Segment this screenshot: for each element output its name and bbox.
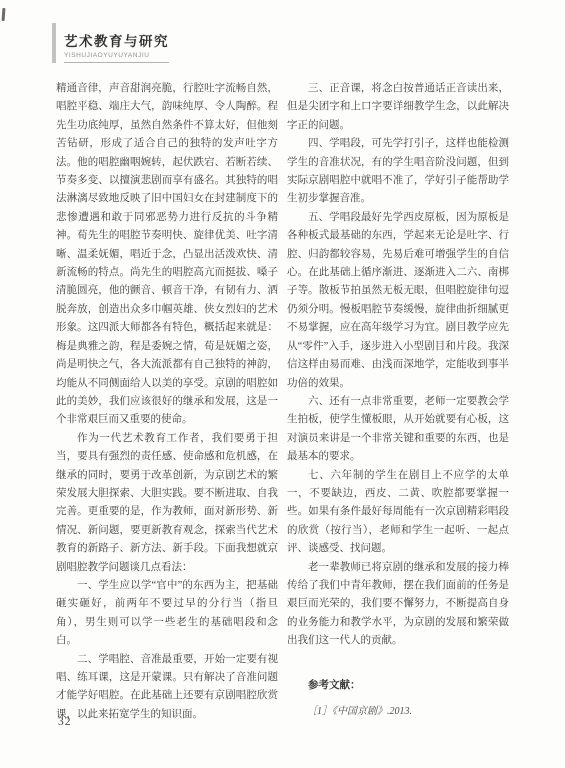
page-number: 32 [58, 716, 72, 728]
masthead-text: 艺术教育与研究 YISHUJIAOYUYUYANJIU [64, 22, 169, 63]
paragraph-point-2: 二、学唱腔、音准最重要，开始一定要有视唱、练耳课，这是开蒙课。只有解决了音准问题… [56, 651, 278, 725]
journal-masthead: 艺术教育与研究 YISHUJIAOYUYUYANJIU [52, 22, 169, 63]
paragraph-point-7: 七、六年制的学生在剧目上不应学的太单一，不要缺边，西皮、二黄、吹腔都要掌握一些。… [287, 467, 509, 559]
paragraph-educator-duty: 作为一代艺术教育工作者，我们要勇于担当，要具有强烈的责任感、使命感和危机感，在继… [56, 430, 278, 577]
reference-item: ［1］《中国京剧》.2013. [287, 703, 509, 721]
journal-page: 艺术教育与研究 YISHUJIAOYUYUYANJIU 精通音律，声音甜润亮脆，… [0, 0, 565, 768]
scan-artifact [2, 8, 6, 21]
paragraph-point-3: 三、正音课，将念白按普通话正音读出来，但是尖团字和上口字要详细教学生念，以此解决… [287, 80, 509, 135]
column-right: 三、正音课，将念白按普通话正音读出来，但是尖团字和上口字要详细教学生念，以此解决… [287, 80, 509, 724]
article-body: 精通音律，声音甜润亮脆，行腔吐字流畅自然，唱腔平稳、端庄大气，韵味纯厚、令人陶醉… [56, 80, 509, 724]
masthead-accent-bar [52, 23, 56, 63]
paragraph-point-6: 六、还有一点非常重要，老师一定要教会学生拍板，使学生懂板眼，从开始就要有心板，这… [287, 393, 509, 467]
paragraph-conclusion: 老一辈教师已将京剧的继承和发展的接力棒传给了我们中青年教师，摆在我们面前的任务是… [287, 559, 509, 651]
references-section: 参考文献： ［1］《中国京剧》.2013. [287, 677, 509, 722]
paragraph-intro-continuation: 精通音律，声音甜润亮脆，行腔吐字流畅自然，唱腔平稳、端庄大气，韵味纯厚、令人陶醉… [56, 80, 278, 430]
paragraph-point-5: 五、学唱段最好先学西皮原板，因为原板是各种板式最基础的东西，学起来无论是吐字、行… [287, 209, 509, 393]
references-heading: 参考文献： [287, 677, 509, 695]
paragraph-point-1: 一、学生应以学“官中”的东西为主，把基础砸实砸好，前两年不要过早的分行当（指旦角… [56, 577, 278, 651]
column-left: 精通音律，声音甜润亮脆，行腔吐字流畅自然，唱腔平稳、端庄大气，韵味纯厚、令人陶醉… [56, 80, 278, 724]
journal-title-pinyin: YISHUJIAOYUYUYANJIU [64, 51, 169, 63]
paragraph-point-4: 四、学唱段，可先学打引子，这样也能检测学生的音准状况，有的学生唱音阶没问题，但到… [287, 135, 509, 209]
journal-title: 艺术教育与研究 [64, 22, 169, 50]
